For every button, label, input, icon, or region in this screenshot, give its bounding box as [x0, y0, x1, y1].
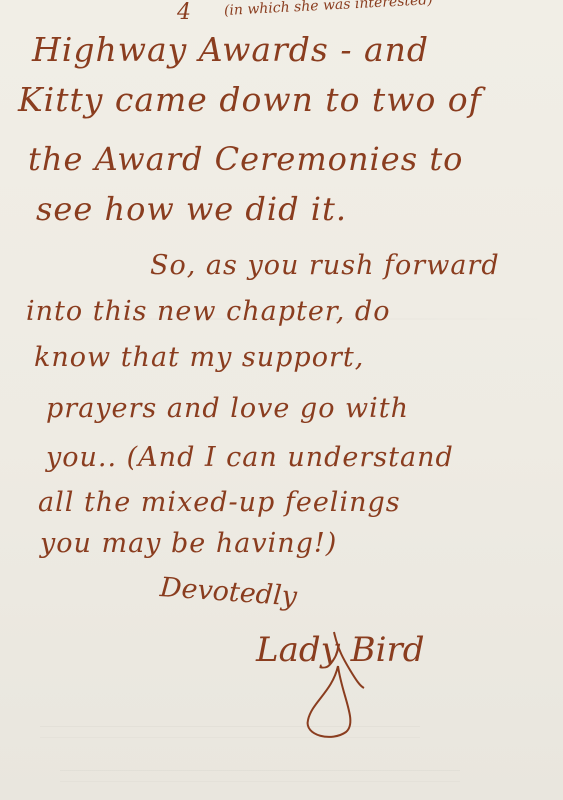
letter-line: prayers and love go with	[46, 393, 409, 424]
letter-line: into this new chapter, do	[26, 296, 390, 327]
letter-line: you.. (And I can understand	[46, 442, 454, 473]
bleed-through-mark	[40, 726, 420, 738]
letter-line: you may be having!)	[40, 528, 337, 559]
letter-line: see how we did it.	[36, 190, 347, 228]
letter-page: 4 (in which she was interested) Highway …	[0, 0, 563, 800]
letter-line: all the mixed-up feelings	[38, 487, 401, 518]
bleed-through-mark	[60, 770, 460, 782]
letter-line: Kitty came down to two of	[18, 80, 482, 119]
page-number: 4	[177, 0, 191, 25]
interlinear-insert: (in which she was interested)	[224, 0, 434, 19]
letter-line: Highway Awards - and	[32, 30, 429, 69]
letter-line: know that my support,	[34, 342, 364, 373]
letter-line: So, as you rush forward	[150, 250, 500, 281]
letter-line: the Award Ceremonies to	[28, 140, 463, 178]
letter-closing: Devotedly	[159, 572, 298, 612]
signature-stroke-icon	[330, 630, 370, 690]
